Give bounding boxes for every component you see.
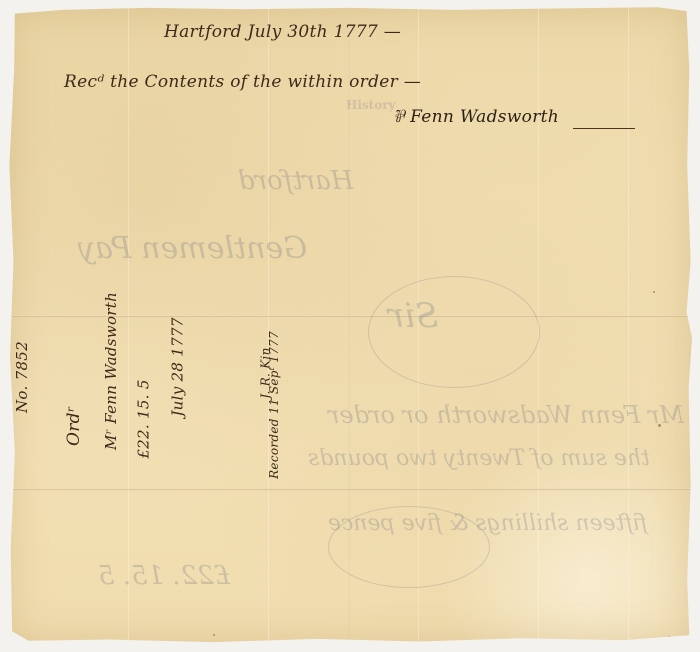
- paper-stain: [668, 636, 670, 638]
- paper-stain: [653, 291, 655, 293]
- docket-date: July 28 1777: [169, 317, 187, 416]
- history-stamp: History: [346, 98, 396, 112]
- paper-sheet: Gentlemen Pay Hartford Sir to Mr Fenn Wa…: [8, 6, 692, 644]
- bleed-through-text: Gentlemen Pay: [78, 231, 307, 266]
- paper-streak: [628, 6, 629, 644]
- paper-streak: [128, 6, 129, 644]
- paper-streak: [268, 6, 269, 644]
- bleed-through-text: the sum of Twenty two pounds: [308, 446, 650, 471]
- receipt-line: Recᵈ the Contents of the within order —: [64, 72, 421, 92]
- docket-amount: £22. 15. 5: [135, 379, 153, 458]
- document-scan: Gentlemen Pay Hartford Sir to Mr Fenn Wa…: [0, 0, 700, 652]
- dateline: Hartford July 30th 1777 —: [164, 22, 401, 42]
- horizontal-fold-line: [8, 488, 692, 491]
- docket-number: No. 7852: [13, 341, 31, 413]
- docket-title: Ordʳ: [64, 406, 84, 446]
- bleed-through-text: £22. 15. 5: [98, 561, 230, 591]
- signature: ⅌ Fenn Wadsworth: [393, 104, 559, 127]
- bleed-through-flourish: [368, 276, 540, 388]
- signature-flourish-line: [573, 128, 635, 129]
- paper-stain: [213, 634, 215, 636]
- bleed-through-flourish: [328, 506, 490, 588]
- paper-stain: [658, 424, 661, 427]
- docket-payee: Mʳ Fenn Wadsworth: [102, 324, 120, 482]
- docket-payee-text: Mʳ Fenn Wadsworth: [102, 292, 120, 450]
- bleed-through-text: Hartford: [238, 166, 353, 196]
- docket-recorder: J. R. Kin: [259, 347, 273, 398]
- bleed-through-text: to Mr Fenn Wadsworth or order: [328, 401, 700, 429]
